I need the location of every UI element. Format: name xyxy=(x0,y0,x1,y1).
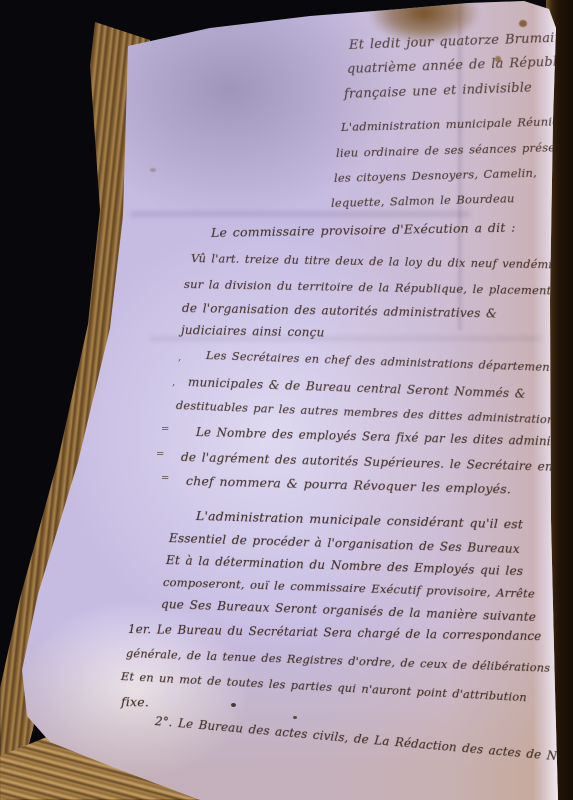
manuscript-line: fixe. xyxy=(121,694,149,709)
manuscript-line: sur la division du territoire de la Répu… xyxy=(184,277,552,297)
manuscript-line: française une et indivisible xyxy=(344,80,532,102)
manuscript-line: de l'organisation des autorités administ… xyxy=(182,301,497,320)
manuscript-line: que Ses Bureaux Seront organisés de la m… xyxy=(161,597,537,624)
manuscript-line: de l'agrément des autorités Supérieures.… xyxy=(181,450,553,474)
manuscript-line: les citoyens Desnoyers, Camelin, xyxy=(334,166,537,185)
manuscript-line: Le commissaire provisoire d'Exécution a … xyxy=(211,220,516,240)
margin-mark: = xyxy=(156,449,164,460)
manuscript-line: 2°. Le Bureau des actes civils, de La Ré… xyxy=(154,714,573,768)
manuscript-line: municipales & de Bureau central Seront N… xyxy=(188,375,526,401)
manuscript-line: Et ledit jour quatorze Brumaire xyxy=(349,30,569,53)
margin-mark: , xyxy=(178,352,181,363)
manuscript-line: Vû l'art. treize du titre deux de la loy… xyxy=(191,252,573,272)
manuscript-line: chef nommera & pourra Révoquer les emplo… xyxy=(186,473,511,497)
manuscript-line: lieu ordinaire de ses séances présens xyxy=(336,140,569,160)
manuscript-line: Le Nombre des employés Sera fixé par les… xyxy=(196,425,573,449)
margin-mark: = xyxy=(161,424,169,435)
manuscript-line: judiciaires ainsi conçu xyxy=(181,323,325,340)
manuscript-line: 1er. Le Bureau du Secrétariat Sera charg… xyxy=(128,622,542,643)
margin-mark: , xyxy=(172,377,175,388)
manuscript-line: Essentiel de procéder à l'organisation d… xyxy=(169,531,520,556)
manuscript-line: destituables par les autres membres des … xyxy=(176,399,565,427)
manuscript-line: Et en un mot de toutes les parties qui n… xyxy=(121,670,527,704)
manuscript-line: L'administration municipale considérant … xyxy=(196,508,524,532)
manuscript-line: L'administration municipale Réunie au xyxy=(341,114,573,134)
photo-frame: Et ledit jour quatorze Brumaire quatrièm… xyxy=(0,0,573,800)
manuscript-line: composeront, ouï le commissaire Exécutif… xyxy=(163,575,535,601)
manuscript-line: générale, de la tenue des Registres d'or… xyxy=(126,647,551,675)
manuscript-line: Les Secrétaires en chef des administrati… xyxy=(206,349,573,375)
manuscript-line: quatrième année de la République xyxy=(347,54,573,77)
manuscript-line: lequette, Salmon le Bourdeau xyxy=(331,191,515,210)
margin-mark: = xyxy=(161,473,169,484)
manuscript-line: Et à la détermination du Nombre des Empl… xyxy=(166,553,524,578)
